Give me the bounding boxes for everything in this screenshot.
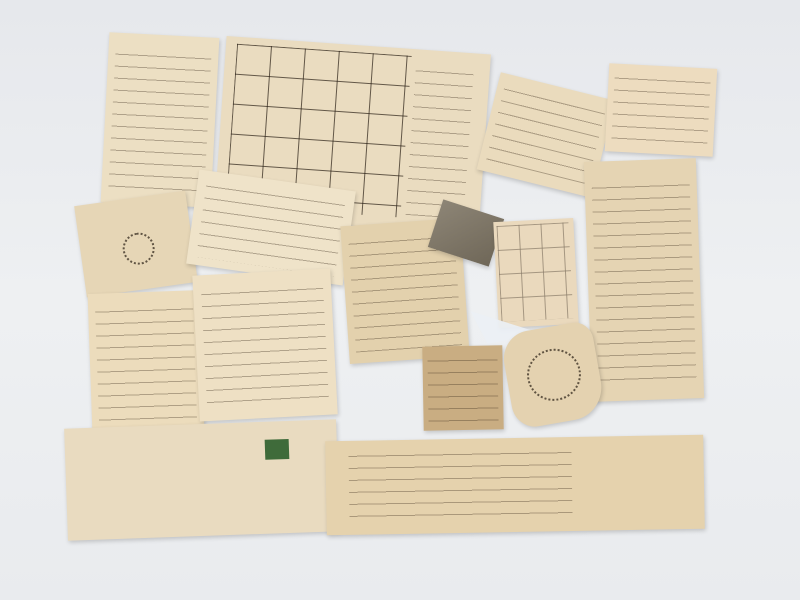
top-right-note [605,63,717,157]
talisman-grid-small [493,218,578,328]
folded-fragments-bottom-left [64,419,340,540]
right-stacked-notes [584,158,704,402]
round-seal-sheet [499,320,606,431]
middle-large-letter [192,268,337,421]
photo-scene [0,0,800,600]
long-folded-scroll [325,435,705,536]
left-large-letter [88,290,205,434]
small-square-note-left [74,191,198,298]
small-dark-sheet [422,345,503,430]
